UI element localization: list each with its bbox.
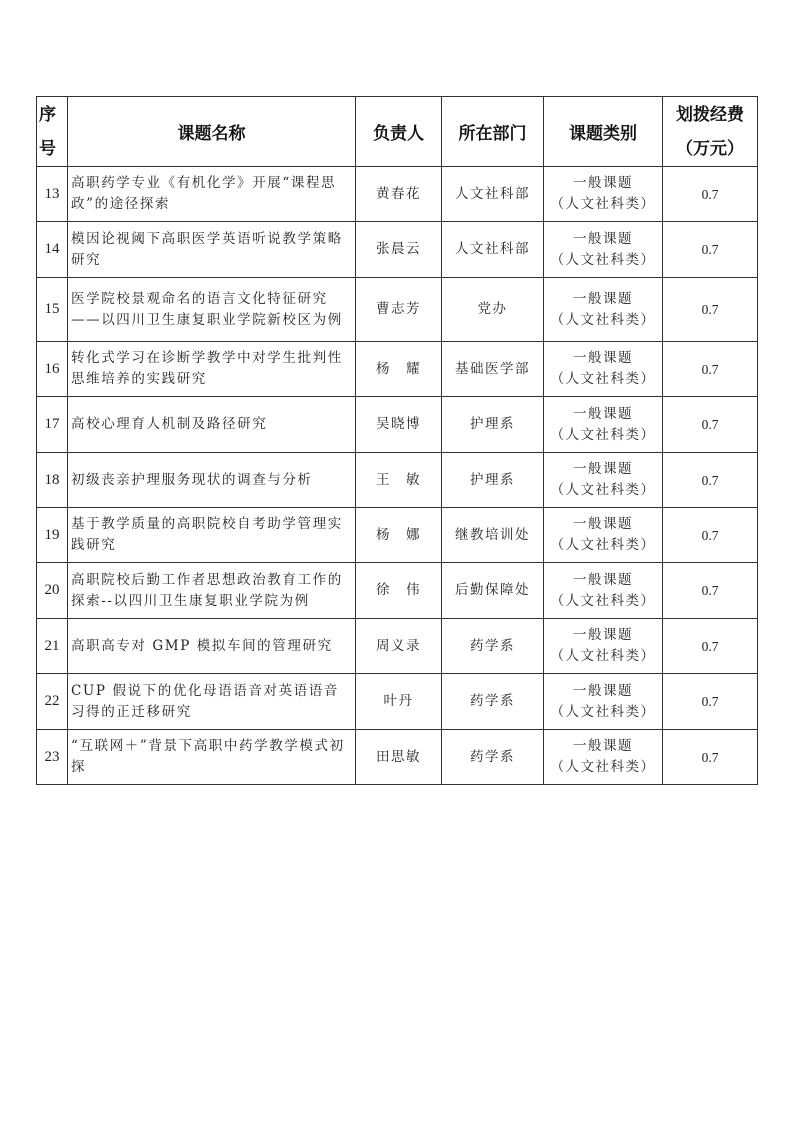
row-funding: 0.7 — [663, 563, 758, 619]
header-seq: 序号 — [37, 97, 68, 167]
row-seq: 16 — [37, 342, 68, 397]
row-department: 人文社科部 — [442, 222, 544, 278]
table-row: 17 高校心理育人机制及路径研究 吴晓博 护理系 一般课题（人文社科类） 0.7 — [37, 397, 758, 453]
row-category: 一般课题（人文社科类） — [544, 453, 663, 508]
category-sub: （人文社科类） — [544, 250, 662, 271]
row-funding: 0.7 — [663, 619, 758, 674]
table-row: 18 初级丧亲护理服务现状的调查与分析 王 敏 护理系 一般课题（人文社科类） … — [37, 453, 758, 508]
row-funding: 0.7 — [663, 278, 758, 342]
row-funding: 0.7 — [663, 730, 758, 785]
row-category: 一般课题（人文社科类） — [544, 508, 663, 563]
row-category: 一般课题（人文社科类） — [544, 674, 663, 730]
category-main: 一般课题 — [544, 681, 662, 702]
category-main: 一般课题 — [544, 229, 662, 250]
table-body: 13 高职药学专业《有机化学》开展“课程思政”的途径探索 黄春花 人文社科部 一… — [37, 167, 758, 785]
row-funding: 0.7 — [663, 397, 758, 453]
table-row: 14 模因论视阈下高职医学英语听说教学策略研究 张晨云 人文社科部 一般课题（人… — [37, 222, 758, 278]
row-title: CUP 假说下的优化母语语音对英语语音习得的正迁移研究 — [68, 674, 356, 730]
row-department: 药学系 — [442, 730, 544, 785]
project-funding-table: 序号 课题名称 负责人 所在部门 课题类别 划拨经费（万元） 13 高职药学专业… — [36, 96, 758, 785]
category-main: 一般课题 — [544, 289, 662, 310]
row-category: 一般课题（人文社科类） — [544, 563, 663, 619]
row-title: 医学院校景观命名的语言文化特征研究——以四川卫生康复职业学院新校区为例 — [68, 278, 356, 342]
row-title: 高职高专对 GMP 模拟车间的管理研究 — [68, 619, 356, 674]
table-row: 23 “互联网＋”背景下高职中药学教学模式初探 田思敏 药学系 一般课题（人文社… — [37, 730, 758, 785]
category-main: 一般课题 — [544, 570, 662, 591]
row-seq: 14 — [37, 222, 68, 278]
row-leader: 叶丹 — [356, 674, 442, 730]
row-funding: 0.7 — [663, 342, 758, 397]
category-sub: （人文社科类） — [544, 591, 662, 612]
row-seq: 13 — [37, 167, 68, 222]
row-title: 初级丧亲护理服务现状的调查与分析 — [68, 453, 356, 508]
row-category: 一般课题（人文社科类） — [544, 167, 663, 222]
category-main: 一般课题 — [544, 459, 662, 480]
row-category: 一般课题（人文社科类） — [544, 278, 663, 342]
row-title: 高校心理育人机制及路径研究 — [68, 397, 356, 453]
row-department: 人文社科部 — [442, 167, 544, 222]
header-department: 所在部门 — [442, 97, 544, 167]
row-category: 一般课题（人文社科类） — [544, 222, 663, 278]
row-category: 一般课题（人文社科类） — [544, 730, 663, 785]
row-department: 护理系 — [442, 453, 544, 508]
row-seq: 18 — [37, 453, 68, 508]
header-title: 课题名称 — [68, 97, 356, 167]
category-main: 一般课题 — [544, 625, 662, 646]
row-category: 一般课题（人文社科类） — [544, 342, 663, 397]
category-sub: （人文社科类） — [544, 646, 662, 667]
row-title: 高职院校后勤工作者思想政治教育工作的探索--以四川卫生康复职业学院为例 — [68, 563, 356, 619]
category-main: 一般课题 — [544, 404, 662, 425]
row-funding: 0.7 — [663, 453, 758, 508]
row-leader: 张晨云 — [356, 222, 442, 278]
row-leader: 黄春花 — [356, 167, 442, 222]
category-sub: （人文社科类） — [544, 702, 662, 723]
row-title: “互联网＋”背景下高职中药学教学模式初探 — [68, 730, 356, 785]
table-row: 22 CUP 假说下的优化母语语音对英语语音习得的正迁移研究 叶丹 药学系 一般… — [37, 674, 758, 730]
header-category: 课题类别 — [544, 97, 663, 167]
table-row: 20 高职院校后勤工作者思想政治教育工作的探索--以四川卫生康复职业学院为例 徐… — [37, 563, 758, 619]
row-leader: 曹志芳 — [356, 278, 442, 342]
row-leader: 徐 伟 — [356, 563, 442, 619]
row-department: 继教培训处 — [442, 508, 544, 563]
row-title: 高职药学专业《有机化学》开展“课程思政”的途径探索 — [68, 167, 356, 222]
row-category: 一般课题（人文社科类） — [544, 397, 663, 453]
header-leader: 负责人 — [356, 97, 442, 167]
row-department: 党办 — [442, 278, 544, 342]
row-leader: 吴晓博 — [356, 397, 442, 453]
row-funding: 0.7 — [663, 167, 758, 222]
row-seq: 23 — [37, 730, 68, 785]
row-department: 药学系 — [442, 674, 544, 730]
row-department: 基础医学部 — [442, 342, 544, 397]
table-row: 15 医学院校景观命名的语言文化特征研究——以四川卫生康复职业学院新校区为例 曹… — [37, 278, 758, 342]
table-row: 21 高职高专对 GMP 模拟车间的管理研究 周义录 药学系 一般课题（人文社科… — [37, 619, 758, 674]
row-title: 模因论视阈下高职医学英语听说教学策略研究 — [68, 222, 356, 278]
row-seq: 20 — [37, 563, 68, 619]
table-row: 19 基于教学质量的高职院校自考助学管理实践研究 杨 娜 继教培训处 一般课题（… — [37, 508, 758, 563]
row-title: 基于教学质量的高职院校自考助学管理实践研究 — [68, 508, 356, 563]
row-seq: 22 — [37, 674, 68, 730]
row-seq: 21 — [37, 619, 68, 674]
category-sub: （人文社科类） — [544, 480, 662, 501]
category-sub: （人文社科类） — [544, 369, 662, 390]
row-funding: 0.7 — [663, 674, 758, 730]
row-funding: 0.7 — [663, 222, 758, 278]
row-seq: 15 — [37, 278, 68, 342]
row-leader: 杨 耀 — [356, 342, 442, 397]
header-funding: 划拨经费（万元） — [663, 97, 758, 167]
row-title: 转化式学习在诊断学教学中对学生批判性思维培养的实践研究 — [68, 342, 356, 397]
category-sub: （人文社科类） — [544, 425, 662, 446]
row-department: 护理系 — [442, 397, 544, 453]
category-sub: （人文社科类） — [544, 535, 662, 556]
row-seq: 19 — [37, 508, 68, 563]
table-row: 13 高职药学专业《有机化学》开展“课程思政”的途径探索 黄春花 人文社科部 一… — [37, 167, 758, 222]
category-main: 一般课题 — [544, 514, 662, 535]
row-seq: 17 — [37, 397, 68, 453]
row-leader: 王 敏 — [356, 453, 442, 508]
category-sub: （人文社科类） — [544, 757, 662, 778]
category-sub: （人文社科类） — [544, 194, 662, 215]
table-header-row: 序号 课题名称 负责人 所在部门 课题类别 划拨经费（万元） — [37, 97, 758, 167]
category-main: 一般课题 — [544, 173, 662, 194]
category-main: 一般课题 — [544, 348, 662, 369]
row-leader: 周义录 — [356, 619, 442, 674]
category-sub: （人文社科类） — [544, 310, 662, 331]
row-funding: 0.7 — [663, 508, 758, 563]
category-main: 一般课题 — [544, 736, 662, 757]
table-row: 16 转化式学习在诊断学教学中对学生批判性思维培养的实践研究 杨 耀 基础医学部… — [37, 342, 758, 397]
row-department: 药学系 — [442, 619, 544, 674]
row-department: 后勤保障处 — [442, 563, 544, 619]
row-leader: 杨 娜 — [356, 508, 442, 563]
row-leader: 田思敏 — [356, 730, 442, 785]
row-category: 一般课题（人文社科类） — [544, 619, 663, 674]
